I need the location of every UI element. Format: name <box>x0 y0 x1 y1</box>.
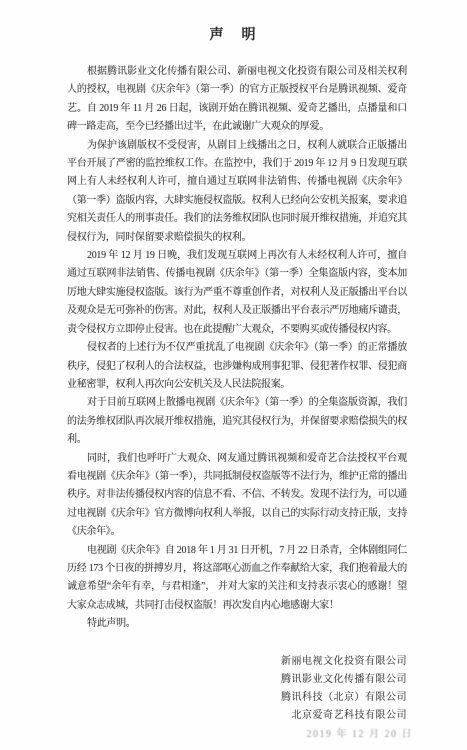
paragraph-second-infringement: 2019 年 12 月 19 日晚，我们发现互联网上再次有人未经权利人许可，擅自… <box>67 247 407 339</box>
paragraph-monitoring: 为保护该剧版权不受侵害，从剧目上线播出之日，权利人就联合正版播出平台开展了严密的… <box>67 137 407 247</box>
paragraph-authorization: 根据腾讯影业文化传播有限公司、新丽电视文化投资有限公司及相关权利人的授权，电视剧… <box>67 63 407 137</box>
paragraph-gratitude: 电视剧《庆余年》自 2018 年 1 月 31 日开机，7 月 22 日杀青，全… <box>67 542 407 616</box>
paragraph-closing: 特此声明。 <box>67 615 407 633</box>
paragraph-pirated-resources: 对于目前互联网上散播电视剧《庆余年》（第一季）的全集盗版资源，我们的法务维权团队… <box>67 394 407 449</box>
signatory-tencent-technology: 腾讯科技（北京）有限公司 <box>0 689 407 707</box>
signatory-xinli: 新丽电视文化投资有限公司 <box>0 653 407 671</box>
document-title: 声 明 <box>0 0 467 44</box>
paragraph-legal-accusation: 侵权者的上述行为不仅严重扰乱了电视剧《庆余年》（第一季）的正常播放秩序，侵犯了权… <box>67 339 407 394</box>
document-date: 2019 年 12 月 20 日 <box>0 726 413 744</box>
signatory-iqiyi: 北京爱奇艺科技有限公司 <box>0 707 407 725</box>
paragraph-appeal-to-viewers: 同时，我们也呼吁广大观众、网友通过腾讯视频和爱奇艺合法授权平台观看电视剧《庆余年… <box>67 450 407 542</box>
statement-page: 声 明 根据腾讯影业文化传播有限公司、新丽电视文化投资有限公司及相关权利人的授权… <box>0 0 467 750</box>
signatory-tencent-pictures: 腾讯影业文化传播有限公司 <box>0 671 407 689</box>
document-body: 根据腾讯影业文化传播有限公司、新丽电视文化投资有限公司及相关权利人的授权，电视剧… <box>67 63 407 634</box>
signature-block: 新丽电视文化投资有限公司 腾讯影业文化传播有限公司 腾讯科技（北京）有限公司 北… <box>0 653 467 744</box>
